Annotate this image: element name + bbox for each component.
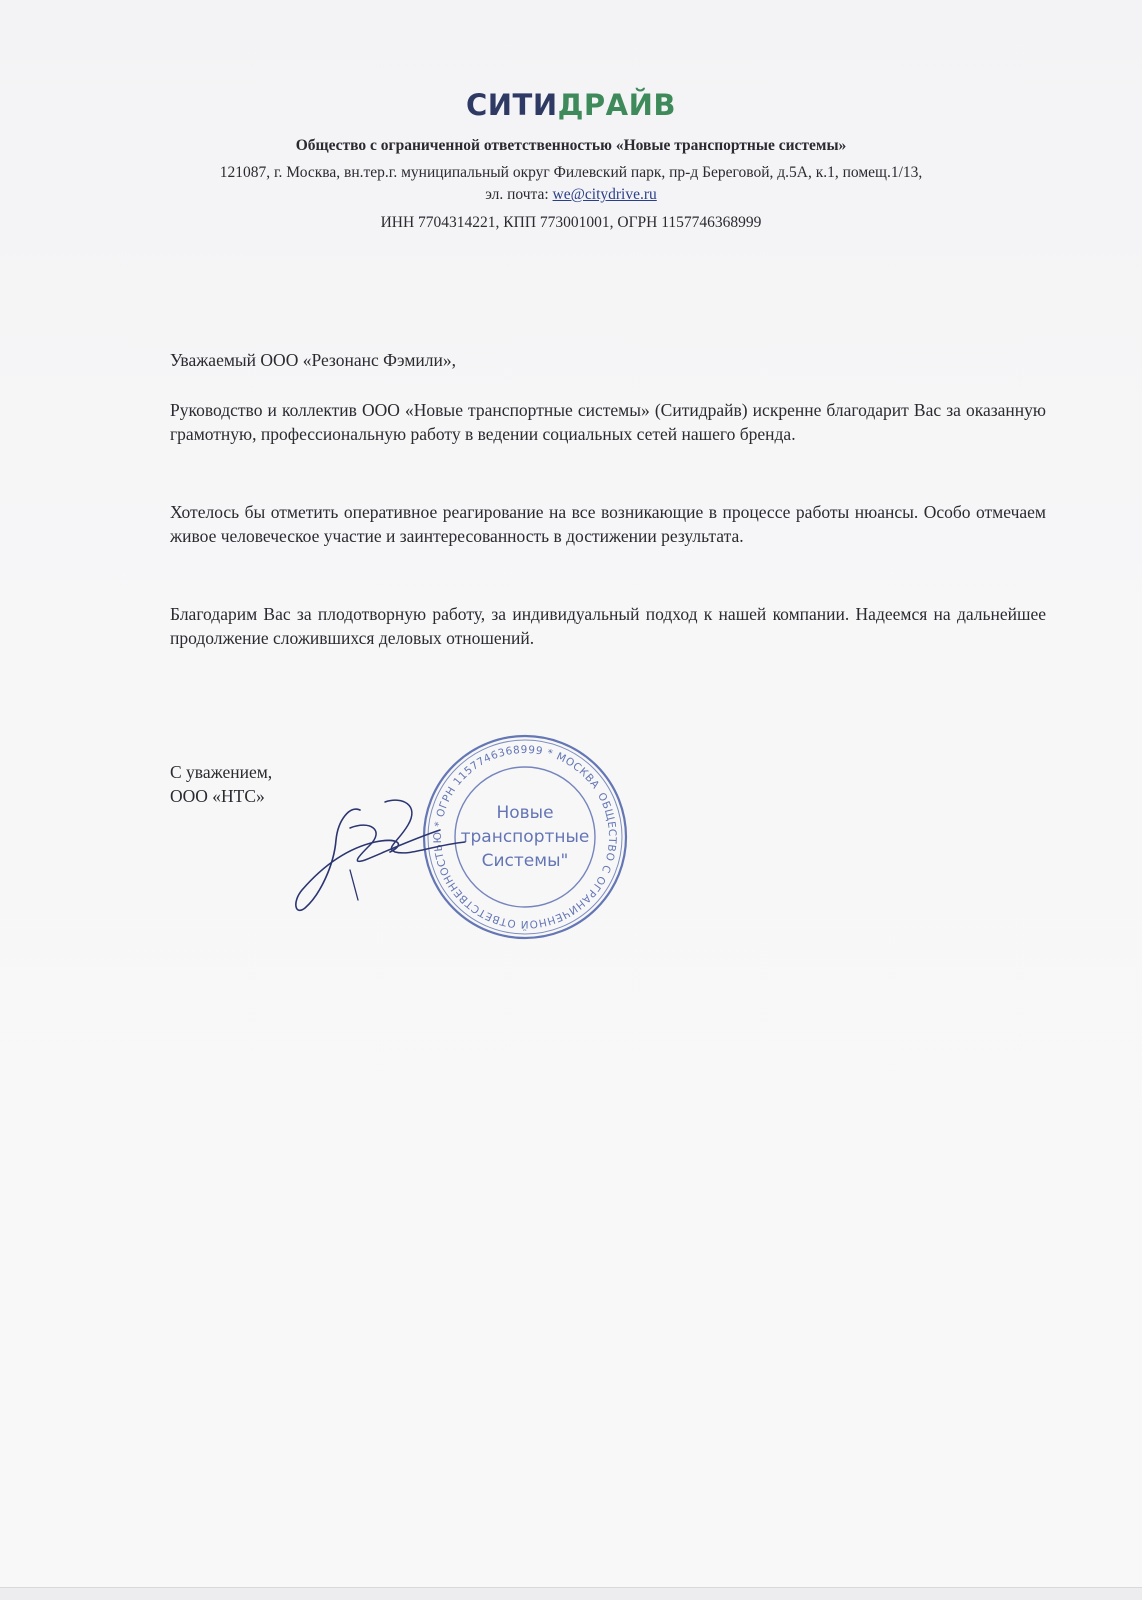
letter-paragraph-1: Руководство и коллектив ООО «Новые транс… — [170, 398, 1046, 446]
paragraph-text: Благодарим Вас за плодотворную работу, з… — [170, 602, 1046, 650]
paragraph-text: Руководство и коллектив ООО «Новые транс… — [170, 398, 1046, 446]
logo-part-draiv: ДРАЙВ — [558, 88, 676, 122]
email-line: эл. почта: we@citydrive.ru — [0, 184, 1142, 206]
company-requisites: ИНН 7704314221, КПП 773001001, ОГРН 1157… — [0, 214, 1142, 232]
citydrive-logo: СИТИДРАЙВ — [0, 88, 1142, 122]
closing-regards: С уважением, — [170, 760, 272, 784]
logo-part-siti: СИТИ — [466, 88, 558, 122]
paragraph-text: Хотелось бы отметить оперативное реагиро… — [170, 500, 1046, 548]
company-address: 121087, г. Москва, вн.тер.г. муниципальн… — [0, 162, 1142, 206]
email-link[interactable]: we@citydrive.ru — [553, 186, 657, 203]
page-bottom-edge — [0, 1587, 1142, 1600]
letter-paragraph-3: Благодарим Вас за плодотворную работу, з… — [170, 602, 1046, 650]
email-label: эл. почта: — [485, 186, 552, 203]
stamp-center-line-1: Новые — [496, 803, 553, 823]
letter-greeting: Уважаемый ООО «Резонанс Фэмили», — [170, 348, 1046, 372]
stamp-center-line-3: Системы" — [482, 851, 569, 871]
letter-closing: С уважением, ООО «НТС» — [170, 760, 272, 808]
handwritten-signature — [290, 790, 490, 920]
address-line: 121087, г. Москва, вн.тер.г. муниципальн… — [0, 162, 1142, 184]
company-name: Общество с ограниченной ответственностью… — [0, 137, 1142, 155]
letter-paragraph-2: Хотелось бы отметить оперативное реагиро… — [170, 500, 1046, 548]
letter-page: СИТИДРАЙВ Общество с ограниченной ответс… — [0, 0, 1142, 1600]
closing-company: ООО «НТС» — [170, 784, 272, 808]
